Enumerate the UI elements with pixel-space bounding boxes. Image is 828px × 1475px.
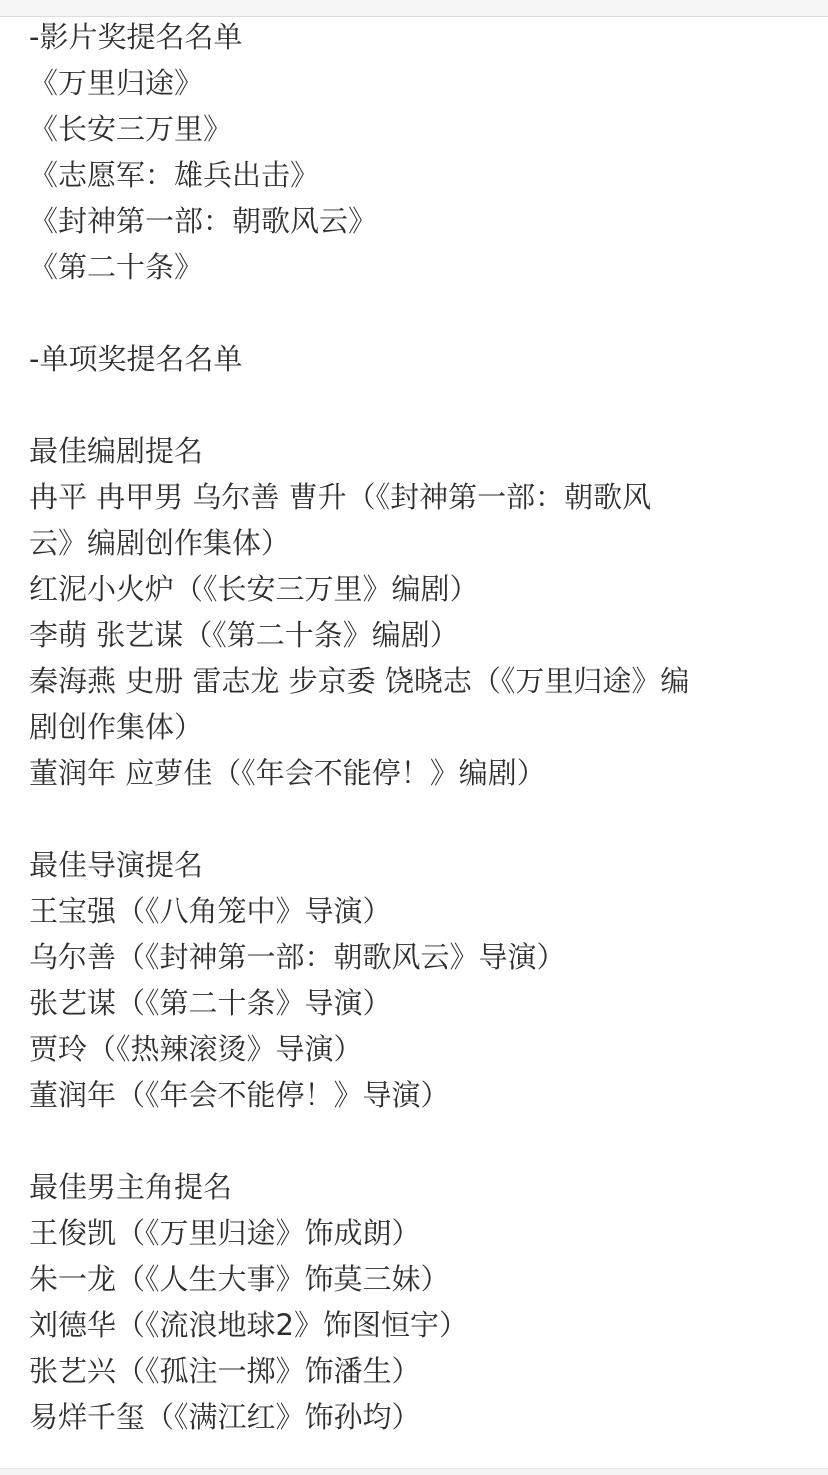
film-item: 《志愿军：雄兵出击》: [29, 152, 809, 198]
nominee-line: 易烊千玺（《满江红》饰孙均）: [29, 1394, 809, 1440]
nominee-line: 董润年（《年会不能停！》导演）: [29, 1072, 809, 1118]
nominee-line: 秦海燕 史册 雷志龙 步京委 饶晓志（《万里归途》编: [29, 658, 809, 704]
section-heading-film-award: -影片奖提名名单: [29, 14, 809, 60]
nominee-line: 王俊凯（《万里归途》饰成朗）: [29, 1210, 809, 1256]
nominee-line: 刘德华（《流浪地球2》饰图恒宇）: [29, 1302, 809, 1348]
nominee-line: 乌尔善（《封神第一部：朝歌风云》导演）: [29, 934, 809, 980]
nominee-line: 李萌 张艺谋（《第二十条》编剧）: [29, 612, 809, 658]
nominee-line: 王宝强（《八角笼中》导演）: [29, 888, 809, 934]
spacer: [29, 290, 809, 336]
nominee-line: 云》编剧创作集体）: [29, 520, 809, 566]
spacer: [29, 796, 809, 842]
nominee-line: 张艺谋（《第二十条》导演）: [29, 980, 809, 1026]
film-item: 《万里归途》: [29, 60, 809, 106]
nominee-line: 剧创作集体）: [29, 704, 809, 750]
film-item: 《封神第一部：朝歌风云》: [29, 198, 809, 244]
film-item: 《第二十条》: [29, 244, 809, 290]
nominee-line: 张艺兴（《孤注一掷》饰潘生）: [29, 1348, 809, 1394]
nominee-line: 朱一龙（《人生大事》饰莫三妹）: [29, 1256, 809, 1302]
nominee-line: 董润年 应萝佳（《年会不能停！》编剧）: [29, 750, 809, 796]
nominee-line: 贾玲（《热辣滚烫》导演）: [29, 1026, 809, 1072]
bottom-bar: [0, 1468, 828, 1475]
section-heading-individual-awards: -单项奖提名名单: [29, 336, 809, 382]
spacer: [29, 382, 809, 428]
category-title-best-actor: 最佳男主角提名: [29, 1164, 809, 1210]
film-item: 《长安三万里》: [29, 106, 809, 152]
category-title-director: 最佳导演提名: [29, 842, 809, 888]
nominee-line: 冉平 冉甲男 乌尔善 曹升（《封神第一部：朝歌风: [29, 474, 809, 520]
category-title-screenplay: 最佳编剧提名: [29, 428, 809, 474]
nomination-document: -影片奖提名名单 《万里归途》 《长安三万里》 《志愿军：雄兵出击》 《封神第一…: [29, 14, 809, 1440]
nominee-line: 红泥小火炉（《长安三万里》编剧）: [29, 566, 809, 612]
spacer: [29, 1118, 809, 1164]
